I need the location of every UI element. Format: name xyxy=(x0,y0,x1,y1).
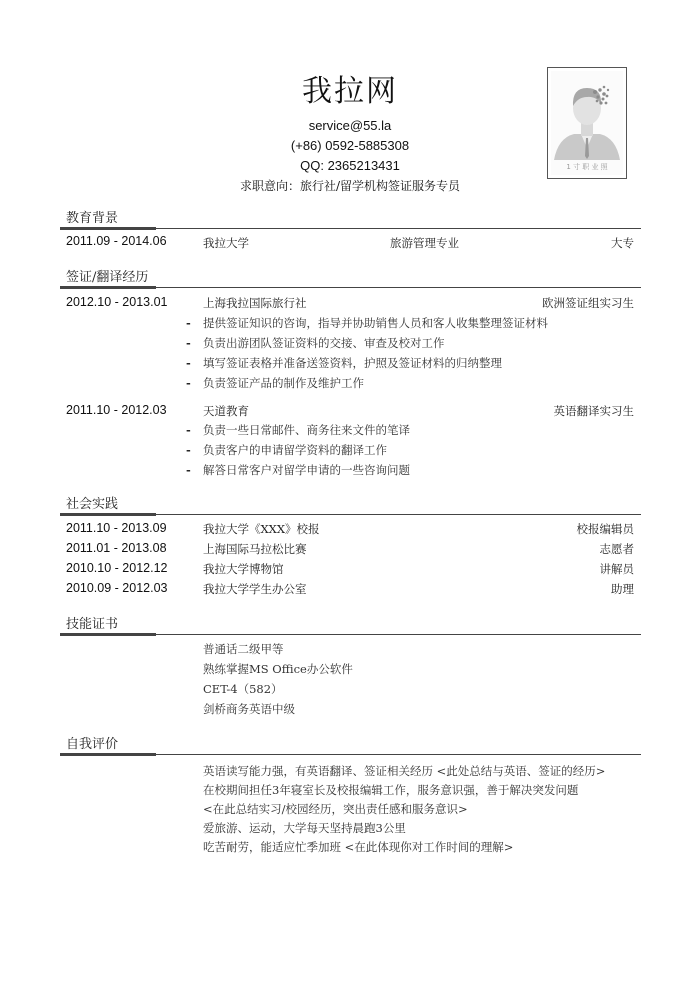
dash-bullet-icon: - xyxy=(186,463,203,477)
section-title-skills: 技能证书 xyxy=(66,613,118,632)
education-major: 旅游管理专业 xyxy=(390,235,459,251)
section-divider-accent xyxy=(60,513,156,516)
experience-bullet: -负责出游团队签证资料的交接、审查及校对工作 xyxy=(186,335,445,351)
candidate-name: 我拉网 xyxy=(150,72,550,112)
skill-item: 剑桥商务英语中级 xyxy=(203,701,295,717)
dash-bullet-icon: - xyxy=(186,316,203,330)
skill-item: CET-4（582） xyxy=(203,681,283,697)
dash-bullet-icon: - xyxy=(186,376,203,390)
education-date: 2011.09 - 2014.06 xyxy=(66,234,167,248)
practice-date: 2011.10 - 2013.09 xyxy=(66,521,167,535)
resume-page: 我拉网 service@55.la (+86) 0592-5885308 QQ:… xyxy=(0,0,700,990)
experience-bullet: -填写签证表格并准备送签资料，护照及签证材料的归纳整理 xyxy=(186,355,502,371)
qq: QQ: 2365213431 xyxy=(150,156,550,176)
practice-role: 讲解员 xyxy=(600,561,635,577)
skill-item: 普通话二级甲等 xyxy=(203,641,284,657)
dash-bullet-icon: - xyxy=(186,356,203,370)
resume-header: 我拉网 service@55.la (+86) 0592-5885308 QQ:… xyxy=(150,72,550,196)
experience-date: 2011.10 - 2012.03 xyxy=(66,403,167,417)
practice-role: 校报编辑员 xyxy=(577,521,635,537)
experience-bullet: -负责客户的申请留学资料的翻译工作 xyxy=(186,442,387,458)
section-title-education: 教育背景 xyxy=(66,207,118,226)
skill-item: 熟练掌握MS Office办公软件 xyxy=(203,661,353,677)
practice-role: 助理 xyxy=(611,581,634,597)
self-eval-line: 在校期间担任3年寝室长及校报编辑工作，服务意识强，善于解决突发问题 xyxy=(203,782,578,798)
section-title-practice: 社会实践 xyxy=(66,493,118,512)
self-eval-line: <在此总结实习/校园经历，突出责任感和服务意识> xyxy=(203,801,468,817)
practice-date: 2010.09 - 2012.03 xyxy=(66,581,167,595)
section-title-experience: 签证/翻译经历 xyxy=(66,266,148,285)
education-degree: 大专 xyxy=(611,235,634,251)
person-silhouette-icon: 1 寸 职 业 照 xyxy=(548,68,626,178)
photo-placeholder: 1 寸 职 业 照 xyxy=(547,67,627,179)
practice-org: 我拉大学学生办公室 xyxy=(203,581,307,597)
education-school: 我拉大学 xyxy=(203,235,249,251)
self-eval-line: 吃苦耐劳，能适应忙季加班 <在此体现你对工作时间的理解> xyxy=(203,839,513,855)
practice-org: 上海国际马拉松比赛 xyxy=(203,541,307,557)
experience-role: 欧洲签证组实习生 xyxy=(542,295,634,311)
self-eval-line: 英语读写能力强，有英语翻译、签证相关经历 <此处总结与英语、签证的经历> xyxy=(203,763,605,779)
experience-date: 2012.10 - 2013.01 xyxy=(66,295,167,309)
phone: (+86) 0592-5885308 xyxy=(150,136,550,156)
email: service@55.la xyxy=(150,116,550,136)
section-divider-accent xyxy=(60,753,156,756)
practice-date: 2011.01 - 2013.08 xyxy=(66,541,167,555)
practice-org: 我拉大学《XXX》校报 xyxy=(203,521,320,537)
experience-bullet: -负责一些日常邮件、商务往来文件的笔译 xyxy=(186,422,410,438)
photo-caption: 1 寸 职 业 照 xyxy=(566,162,608,171)
practice-role: 志愿者 xyxy=(600,541,635,557)
job-intent: 求职意向：旅行社/留学机构签证服务专员 xyxy=(150,176,550,196)
experience-bullet: -提供签证知识的咨询，指导并协助销售人员和客人收集整理签证材料 xyxy=(186,315,548,331)
experience-bullet: -负责签证产品的制作及维护工作 xyxy=(186,375,364,391)
dash-bullet-icon: - xyxy=(186,443,203,457)
dash-bullet-icon: - xyxy=(186,423,203,437)
experience-org: 天道教育 xyxy=(203,403,249,419)
section-divider-accent xyxy=(60,633,156,636)
section-divider-accent xyxy=(60,227,156,230)
self-eval-line: 爱旅游、运动，大学每天坚持晨跑3公里 xyxy=(203,820,406,836)
practice-date: 2010.10 - 2012.12 xyxy=(66,561,167,575)
section-title-self-eval: 自我评价 xyxy=(66,733,118,752)
experience-org: 上海我拉国际旅行社 xyxy=(203,295,307,311)
experience-bullet: -解答日常客户对留学申请的一些咨询问题 xyxy=(186,462,410,478)
dash-bullet-icon: - xyxy=(186,336,203,350)
experience-role: 英语翻译实习生 xyxy=(554,403,635,419)
section-divider-accent xyxy=(60,286,156,289)
practice-org: 我拉大学博物馆 xyxy=(203,561,284,577)
